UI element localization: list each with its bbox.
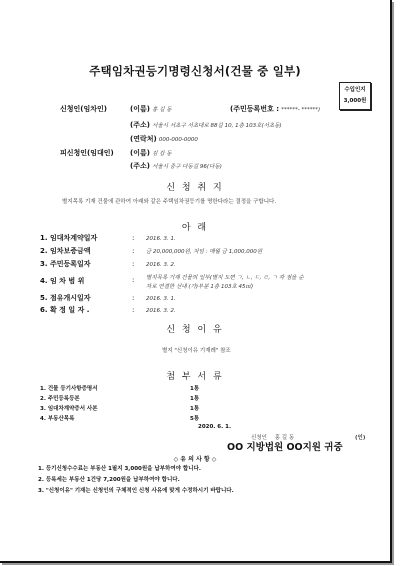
applicant-contact: 000-000-0000 xyxy=(159,137,198,143)
detail-item: 6. 확 정 일 자 .:2016. 3. 2. xyxy=(40,305,176,315)
applicant-id-label: (주민등록번호 : xyxy=(230,105,279,113)
stamp-label: 수입인지 xyxy=(340,85,370,96)
court-addressee: OO 지방법원 OO지원 귀중 xyxy=(227,439,343,453)
applicant-address-row: (주소) 서울시 서초구 서초대로 88길 10, 1층 103호(서초동) xyxy=(130,120,282,130)
applicant-name-row: (이름) 홍 길 동 xyxy=(130,104,172,114)
notes-heading: ◇ 유 의 사 항 ◇ xyxy=(0,454,390,463)
respondent-address-label: (주소) xyxy=(130,162,150,170)
applicant-name: 홍 길 동 xyxy=(152,107,171,113)
applicant-address: 서울시 서초구 서초대로 88길 10, 1층 103호(서초동) xyxy=(152,123,282,129)
applicant-role: 신청인(임차인) xyxy=(60,104,107,114)
respondent-name: 김 갑 동 xyxy=(152,151,171,157)
detail-item: 3. 주민등록일자:2016. 3. 2. xyxy=(40,259,176,269)
respondent-address: 서울시 중구 다동길 96(다동) xyxy=(152,164,222,170)
stamp-amount: 3,000원 xyxy=(340,96,370,107)
details-heading: 아 래 xyxy=(0,220,390,233)
attachment-item: 3. 임대차계약증서 사본1통 xyxy=(40,404,199,412)
attachment-item: 1. 건물 등기사항증명서1통 xyxy=(40,384,199,392)
document-page: 주택임차권등기명령신청서(건물 중 일부) 수입인지 3,000원 신청인(임차… xyxy=(0,0,392,563)
purpose-text: 별지목록 기재 건물에 관하여 아래와 같은 주택임차권등기를 명한다라는 결정… xyxy=(62,197,276,205)
reason-heading: 신 청 이 유 xyxy=(0,322,390,335)
attachment-item: 2. 주민등록등본1통 xyxy=(40,394,199,402)
revenue-stamp-box: 수입인지 3,000원 xyxy=(339,82,371,110)
applicant-id-row: (주민등록번호 : ******- ******) xyxy=(230,104,320,114)
filing-date: 2020. 6. 1. xyxy=(198,424,231,430)
applicant-contact-row: (연락처) 000-000-0000 xyxy=(130,134,198,144)
attachment-item: 4. 부동산목록5통 xyxy=(40,414,199,422)
applicant-contact-label: (연락처) xyxy=(130,135,157,143)
respondent-name-row: (이름) 김 갑 동 xyxy=(130,148,172,158)
purpose-heading: 신 청 취 지 xyxy=(0,180,390,193)
detail-item: 1. 임대차계약일자:2016. 3. 1. xyxy=(40,233,176,243)
respondent-address-row: (주소) 서울시 중구 다동길 96(다동) xyxy=(130,161,222,171)
applicant-id: ******- ******) xyxy=(281,107,320,113)
applicant-name-label: (이름) xyxy=(130,105,150,113)
respondent-role: 피신청인(임대인) xyxy=(60,148,114,158)
attachments-heading: 첨 부 서 류 xyxy=(0,369,390,382)
reason-text: 별지 "신청이유 기재례" 참조 xyxy=(162,346,231,354)
respondent-name-label: (이름) xyxy=(130,149,150,157)
document-title: 주택임차권등기명령신청서(건물 중 일부) xyxy=(0,63,390,79)
detail-item: 4. 임 차 범 위:별지목록 기재 건물의 일부(별지 도면 ㄱ, ㄴ, ㄷ,… xyxy=(40,273,304,291)
note-item: 2. 등록세는 부동산 1건당 7,200원을 납부하여야 합니다. xyxy=(38,475,180,483)
note-item: 1. 등기신청수수료는 부동산 1필지 3,000원을 납부하여야 합니다. xyxy=(38,464,201,472)
note-item: 3. "신청이유" 기재는 신청인의 구체적인 신청 사유에 맞게 수정하시기 … xyxy=(38,486,234,494)
detail-item: 2. 임차보증금액:금 20,000,000원, 차임 : 매월 금 1,000… xyxy=(40,246,262,256)
detail-item: 5. 점유개시일자:2016. 3. 1. xyxy=(40,293,176,303)
applicant-address-label: (주소) xyxy=(130,121,150,129)
seal-mark: (인) xyxy=(355,433,365,441)
